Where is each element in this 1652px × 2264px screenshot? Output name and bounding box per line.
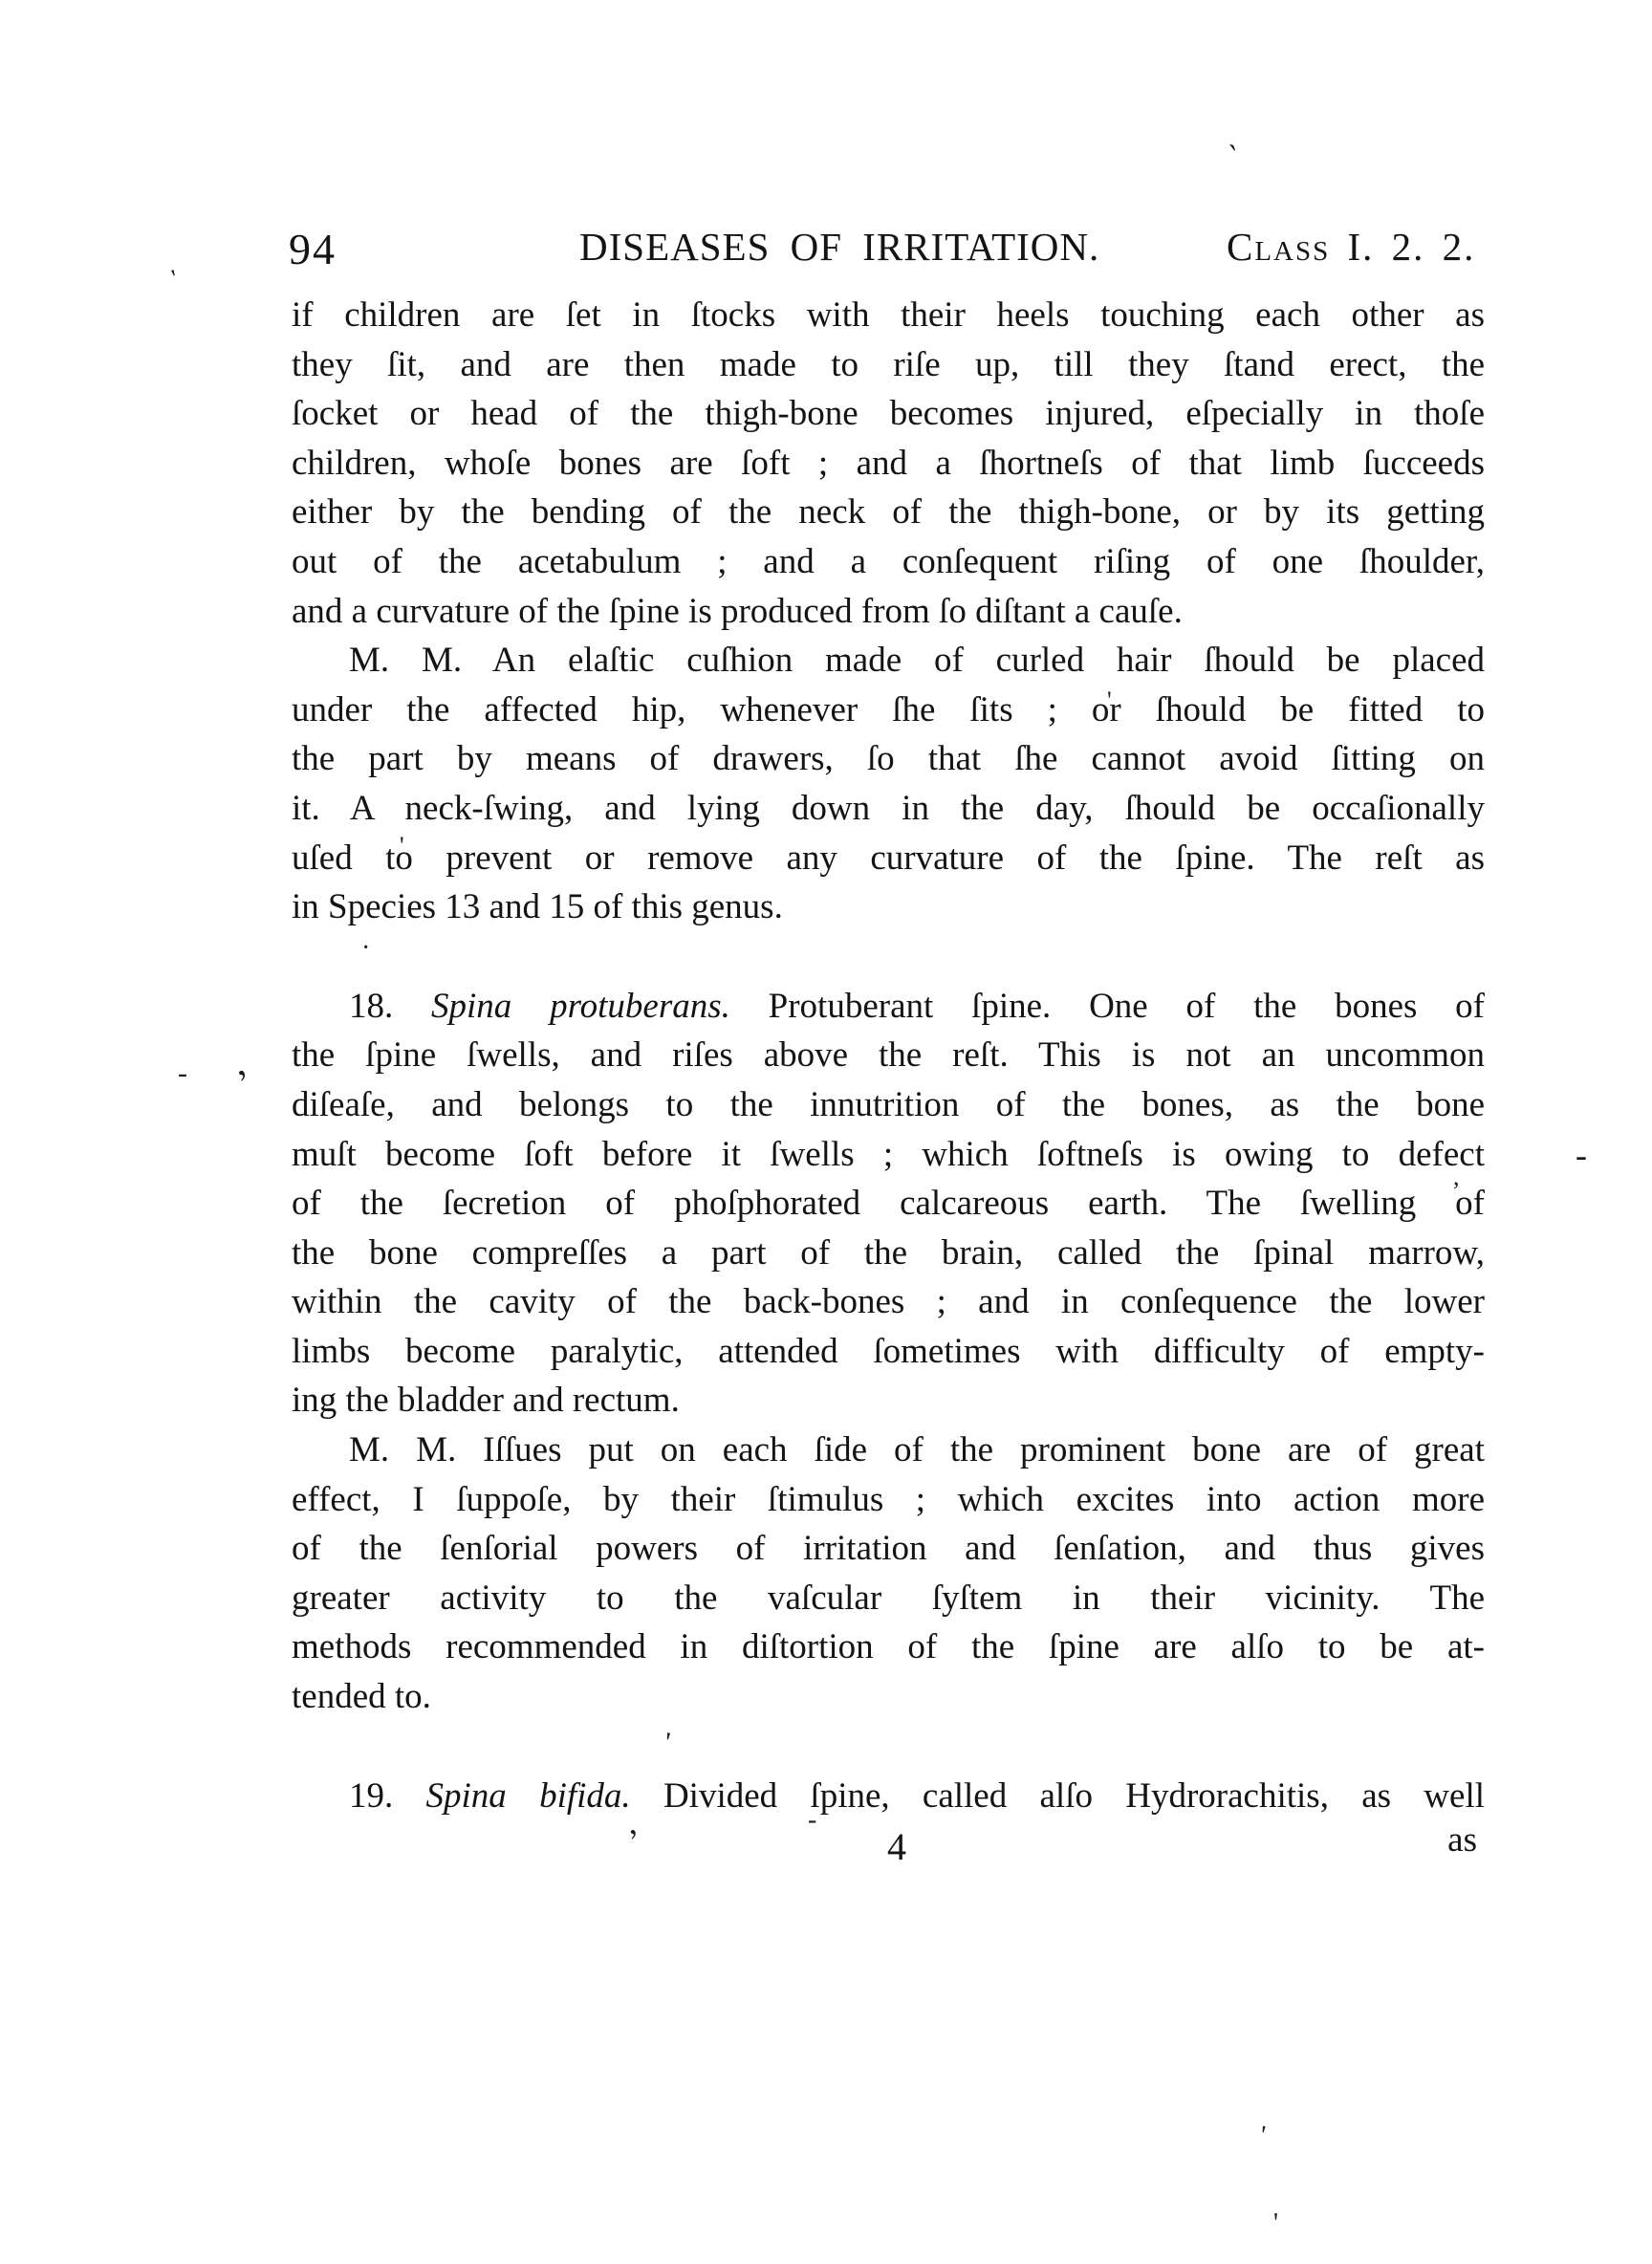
text-segment: the ſpine ſwells, and riſes above the re… [292, 1035, 1485, 1075]
text-line: ſocket or head of the thigh-bone becomes… [292, 389, 1485, 439]
text-segment: diſeaſe, and belongs to the innutrition … [292, 1085, 1485, 1124]
ink-speck: ' [1258, 2122, 1268, 2149]
text-line: 18. Spina protuberans. Protuberant ſpine… [292, 982, 1485, 1032]
text-segment: if children are ſet in ſtocks with their… [292, 295, 1485, 335]
text-line: uſed to prevent or remove any curvature … [292, 834, 1485, 883]
signature-mark: 4 [868, 1824, 925, 1869]
paragraph: M. M. Iſſues put on each ſide of the pro… [292, 1426, 1485, 1722]
text-line: M. M. An elaſtic cuſhion made of curled … [292, 636, 1485, 686]
ink-speck: - [1576, 1138, 1587, 1172]
text-segment: methods recommended in diſtortion of the… [292, 1627, 1485, 1666]
text-segment: Protuberant ſpine. One of the bones of [730, 987, 1485, 1026]
text-segment: it. A neck-ſwing, and lying down in the … [292, 789, 1485, 828]
text-line: the part by means of drawers, ſo that ſh… [292, 734, 1485, 784]
text-segment: and a curvature of the ſpine is produced… [292, 592, 1183, 631]
text-line: of the ſecretion of phoſphorated calcare… [292, 1179, 1485, 1229]
paragraph: if children are ſet in ſtocks with their… [292, 291, 1485, 636]
text-line: of the ſenſorial powers of irritation an… [292, 1524, 1485, 1574]
text-line: ing the bladder and rectum. [292, 1376, 1485, 1426]
paragraph: 18. Spina protuberans. Protuberant ſpine… [292, 982, 1485, 1426]
text-line: the bone compreſſes a part of the brain,… [292, 1229, 1485, 1278]
text-line: in Species 13 and 15 of this genus. [292, 882, 1485, 932]
text-line: and a curvature of the ſpine is produced… [292, 587, 1485, 637]
text-segment: out of the acetabulum ; and a conſequent… [292, 542, 1485, 581]
text-segment: uſed to prevent or remove any curvature … [292, 838, 1485, 878]
text-line: effect, I ſuppoſe, by their ſtimulus ; w… [292, 1475, 1485, 1525]
text-segment: of the ſecretion of phoſphorated calcare… [292, 1184, 1485, 1223]
text-line: methods recommended in diſtortion of the… [292, 1622, 1485, 1672]
text-segment: they ſit, and are then made to riſe up, … [292, 345, 1485, 384]
text-segment: ing the bladder and rectum. [292, 1381, 680, 1420]
text-segment: ſocket or head of the thigh-bone becomes… [292, 394, 1485, 433]
text-segment: the bone compreſſes a part of the brain,… [292, 1233, 1485, 1273]
running-header: 94 DISEASES OF IRRITATION. Class I. 2. 2… [0, 0, 1652, 287]
text-line: tended to. [292, 1672, 1485, 1722]
text-line: the ſpine ſwells, and riſes above the re… [292, 1031, 1485, 1080]
book-page: 94 DISEASES OF IRRITATION. Class I. 2. 2… [0, 0, 1652, 2264]
text-line: within the cavity of the back-bones ; an… [292, 1277, 1485, 1327]
text-segment: Divided ſpine, called alſo Hydrorachitis… [631, 1776, 1485, 1816]
running-title: DISEASES OF IRRITATION. [579, 224, 1099, 270]
page-number: 94 [289, 224, 337, 274]
paragraph: M. M. An elaſtic cuſhion made of curled … [292, 636, 1485, 932]
text-segment: in Species 13 and 15 of this genus. [292, 887, 783, 926]
text-segment: greater activity to the vaſcular ſyſtem … [292, 1578, 1485, 1618]
text-segment: muſt become ſoft before it ſwells ; whic… [292, 1135, 1485, 1174]
ink-speck: , [225, 1044, 250, 1082]
text-line: under the affected hip, whenever ſhe ſit… [292, 686, 1485, 735]
text-line: limbs become paralytic, attended ſometim… [292, 1327, 1485, 1377]
text-segment: limbs become paralytic, attended ſometim… [292, 1332, 1485, 1371]
text-line: they ſit, and are then made to riſe up, … [292, 340, 1485, 390]
catchword: as [1447, 1819, 1477, 1861]
text-line: diſeaſe, and belongs to the innutrition … [292, 1080, 1485, 1130]
species-name-italic: Spina bifida. [426, 1776, 631, 1816]
text-segment: 18. [349, 987, 431, 1026]
text-line: muſt become ſoft before it ſwells ; whic… [292, 1130, 1485, 1180]
paragraph: 19. Spina bifida. Divided ſpine, called … [292, 1772, 1485, 1821]
text-line: M. M. Iſſues put on each ſide of the pro… [292, 1426, 1485, 1475]
species-name-italic: Spina protuberans. [431, 987, 730, 1026]
text-segment: M. M. An elaſtic cuſhion made of curled … [349, 641, 1485, 680]
text-line: children, whoſe bones are ſoft ; and a ſ… [292, 439, 1485, 489]
text-segment: effect, I ſuppoſe, by their ſtimulus ; w… [292, 1480, 1485, 1519]
text-line: out of the acetabulum ; and a conſequent… [292, 537, 1485, 587]
class-label: Class I. 2. 2. [1227, 224, 1475, 270]
text-segment: either by the bending of the neck of the… [292, 492, 1485, 532]
ink-speck: - [178, 1059, 187, 1088]
text-segment: 19. [349, 1776, 426, 1816]
text-segment: M. M. Iſſues put on each ſide of the pro… [349, 1430, 1485, 1469]
text-segment: within the cavity of the back-bones ; an… [292, 1282, 1485, 1321]
text-line: 19. Spina bifida. Divided ſpine, called … [292, 1772, 1485, 1821]
text-line: either by the bending of the neck of the… [292, 488, 1485, 537]
text-segment: tended to. [292, 1677, 431, 1716]
text-line: greater activity to the vaſcular ſyſtem … [292, 1574, 1485, 1623]
text-segment: the part by means of drawers, ſo that ſh… [292, 739, 1485, 778]
text-segment: children, whoſe bones are ſoft ; and a ſ… [292, 444, 1485, 483]
body-text: if children are ſet in ſtocks with their… [292, 291, 1485, 1820]
text-line: it. A neck-ſwing, and lying down in the … [292, 784, 1485, 834]
text-line: if children are ſet in ſtocks with their… [292, 291, 1485, 340]
text-segment: under the affected hip, whenever ſhe ſit… [292, 690, 1485, 729]
ink-speck: ' [1273, 2210, 1278, 2237]
text-segment: of the ſenſorial powers of irritation an… [292, 1529, 1485, 1568]
